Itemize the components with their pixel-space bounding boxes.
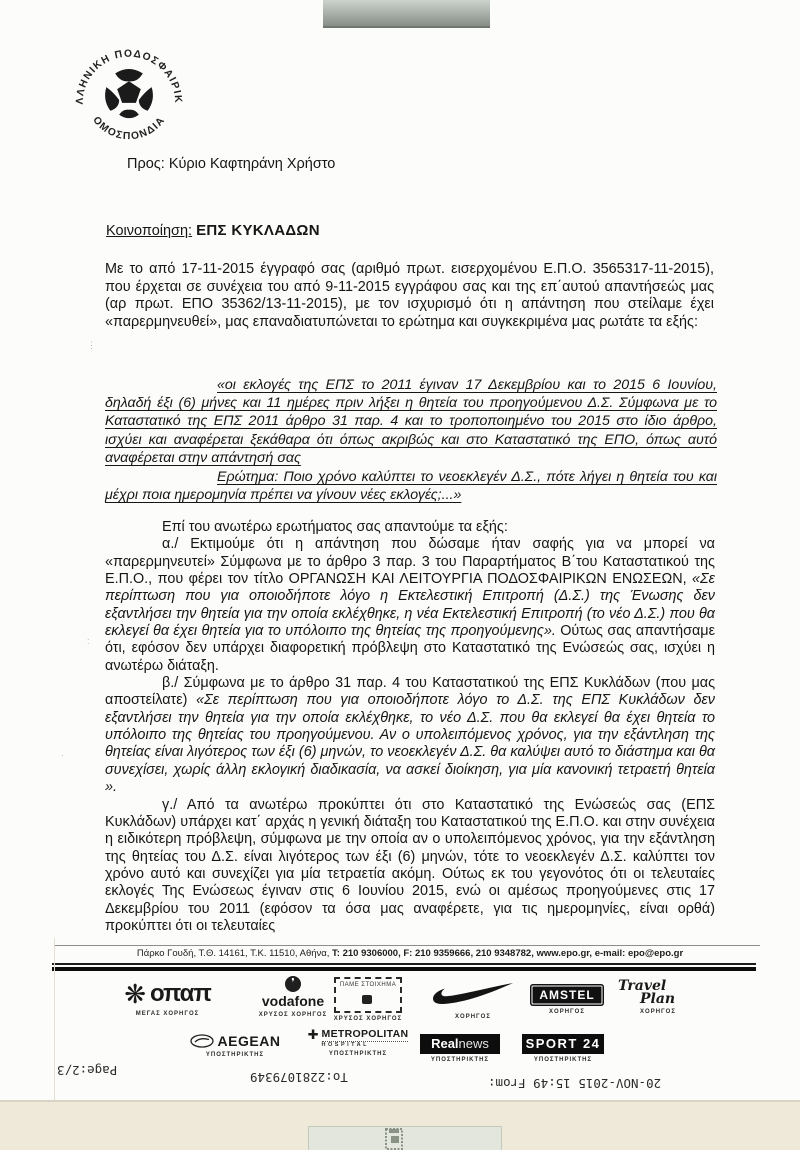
intro-paragraph: Με το από 17-11-2015 έγγραφό σας (αριθμό… xyxy=(105,261,714,331)
sponsor-caption: ΧΟΡΗΓΟΣ xyxy=(618,1009,698,1015)
sponsor-realnews: Realnews ΥΠΟΣΤΗΡΙΚΤΗΣ xyxy=(415,1034,505,1063)
pame-stoixima-logo-text: ΠΑΜΕ ΣΤΟΙΧΗΜΑ xyxy=(336,982,400,988)
vodafone-logo-text: vodafone xyxy=(248,993,338,1009)
sponsor-metropolitan: ✚ METROPOLITAN HOSPITAL ΥΠΟΣΤΗΡΙΚΤΗΣ xyxy=(303,1028,413,1057)
fax-stamp-datetime: 20-NOV-2015 15:49 From: xyxy=(488,1076,661,1091)
realnews-logo-text: Realnews xyxy=(420,1034,500,1054)
pame-stoixima-emblem-icon xyxy=(362,995,372,1004)
sponsor-caption: ΥΠΟΣΤΗΡΙΚΤΗΣ xyxy=(303,1051,413,1057)
footer-double-rule-thin xyxy=(52,963,756,965)
epo-federation-seal-icon: ΕΛΛΗΝΙΚΗ ΠΟΔΟΣΦΑΙΡΙΚΗ ΟΜΟΣΠΟΝΔΙΑ xyxy=(70,38,188,156)
sponsor-caption: ΧΟΡΗΓΟΣ xyxy=(527,1009,607,1015)
amstel-logo-text: AMSTEL xyxy=(530,984,604,1006)
svg-text:ΟΜΟΣΠΟΝΔΙΑ: ΟΜΟΣΠΟΝΔΙΑ xyxy=(90,115,167,143)
footer-address: Πάρκο Γουδή, Τ.Θ. 14161, Τ.Κ. 11510, Αθή… xyxy=(137,948,332,959)
opap-star-icon: ❋ xyxy=(124,981,146,1007)
scanned-fax-letter-page: ΕΛΛΗΝΙΚΗ ΠΟΔΟΣΦΑΙΡΙΚΗ ΟΜΟΣΠΟΝΔΙΑ ⋮ : · Π… xyxy=(0,0,800,1150)
sponsor-aegean: AEGEAN ΥΠΟΣΤΗΡΙΚΤΗΣ xyxy=(185,1033,285,1058)
quoted-question-block-2: Ερώτημα: Ποιο χρόνο καλύπτει το νεοεκλεγ… xyxy=(105,468,717,504)
pame-stoixima-logo-box: ΠΑΜΕ ΣΤΟΙΧΗΜΑ xyxy=(334,977,402,1013)
sponsor-caption: ΥΠΟΣΤΗΡΙΚΤΗΣ xyxy=(518,1057,608,1063)
opap-logo-text: οπαπ xyxy=(150,980,211,1008)
scan-artifact: · xyxy=(61,750,65,760)
page-left-edge xyxy=(54,938,55,1100)
sponsor-nike: ΧΟΡΗΓΟΣ xyxy=(428,982,518,1020)
seal-bottom-text: ΟΜΟΣΠΟΝΔΙΑ xyxy=(90,115,167,143)
footer-top-rule xyxy=(55,945,760,946)
sponsor-sport24: SPORT 24 ΥΠΟΣΤΗΡΙΚΤΗΣ xyxy=(518,1034,608,1063)
seal-football-emblem xyxy=(105,69,153,118)
sponsor-pame-stoixima: ΠΑΜΕ ΣΤΟΙΧΗΜΑ ΧΡΥΣΟΣ ΧΟΡΗΓΟΣ xyxy=(328,977,408,1022)
metropolitan-logo-text: METROPOLITAN HOSPITAL xyxy=(322,1028,409,1048)
scanner-binding-strip-top xyxy=(323,0,490,28)
fax-stamp-page-number: Page:2/3 xyxy=(57,1063,117,1078)
sport24-logo-text: SPORT 24 xyxy=(522,1034,604,1054)
sponsor-caption: ΧΡΥΣΟΣ ΧΟΡΗΓΟΣ xyxy=(248,1012,338,1018)
sponsor-caption: ΥΠΟΣΤΗΡΙΚΤΗΣ xyxy=(185,1052,285,1058)
quoted-question-block-1: «οι εκλογές της ΕΠΣ το 2011 έγιναν 17 Δε… xyxy=(105,376,717,467)
footer-address-line: Πάρκο Γουδή, Τ.Θ. 14161, Τ.Κ. 11510, Αθή… xyxy=(60,948,760,959)
aegean-logo-text: AEGEAN xyxy=(218,1033,281,1049)
binder-clip-icon xyxy=(380,1128,410,1150)
sponsor-caption: ΧΡΥΣΟΣ ΧΟΡΗΓΟΣ xyxy=(328,1016,408,1022)
aegean-bird-icon xyxy=(190,1034,214,1048)
sponsor-opap: ❋ οπαπ ΜΕΓΑΣ ΧΟΡΗΓΟΣ xyxy=(95,980,240,1017)
metropolitan-sub-text: HOSPITAL xyxy=(322,1041,409,1048)
cc-label: Κοινοποίηση: xyxy=(106,223,192,239)
answer-paragraph-c: γ./ Από τα ανωτέρω προκύπτει ότι στο Κατ… xyxy=(105,797,715,936)
answer-intro-line: Επί του ανωτέρω ερωτήματος σας απαντούμε… xyxy=(105,519,715,536)
recipient-line: Προς: Κύριο Καφτηράνη Χρήστο xyxy=(127,156,335,172)
nike-swoosh-icon xyxy=(432,982,514,1006)
vodafone-speechmark-icon: ❜ xyxy=(285,976,301,992)
scan-artifact: : xyxy=(87,636,91,646)
sponsor-caption: ΧΟΡΗΓΟΣ xyxy=(428,1014,518,1020)
sponsor-travel-plan: Travel Plan ΧΟΡΗΓΟΣ xyxy=(618,980,698,1015)
answer-body: Επί του ανωτέρω ερωτήματος σας απαντούμε… xyxy=(105,519,715,935)
sponsor-amstel: AMSTEL ΧΟΡΗΓΟΣ xyxy=(527,984,607,1015)
answer-paragraph-b: β./ Σύμφωνα με το άρθρο 31 παρ. 4 του Κα… xyxy=(105,675,715,796)
cc-value: ΕΠΣ ΚΥΚΛΑΔΩΝ xyxy=(196,222,320,239)
footer-double-rule-thick xyxy=(52,967,756,971)
travel-plan-logo-text: Travel Plan xyxy=(618,980,698,1006)
sponsor-caption: ΜΕΓΑΣ ΧΟΡΗΓΟΣ xyxy=(95,1011,240,1017)
metropolitan-cross-icon: ✚ xyxy=(308,1028,319,1041)
fax-stamp-to-number: To:2281079349 xyxy=(250,1070,348,1085)
sponsor-caption: ΥΠΟΣΤΗΡΙΚΤΗΣ xyxy=(415,1057,505,1063)
sponsor-vodafone: ❜ vodafone ΧΡΥΣΟΣ ΧΟΡΗΓΟΣ xyxy=(248,976,338,1018)
footer-contacts: Τ: 210 9306000, F: 210 9359666, 210 9348… xyxy=(332,948,683,959)
scan-artifact: ⋮ xyxy=(87,340,97,351)
cc-line: Κοινοποίηση: ΕΠΣ ΚΥΚΛΑΔΩΝ xyxy=(106,222,320,239)
answer-paragraph-a: α./ Εκτιμούμε ότι η απάντηση που δώσαμε … xyxy=(105,536,715,675)
